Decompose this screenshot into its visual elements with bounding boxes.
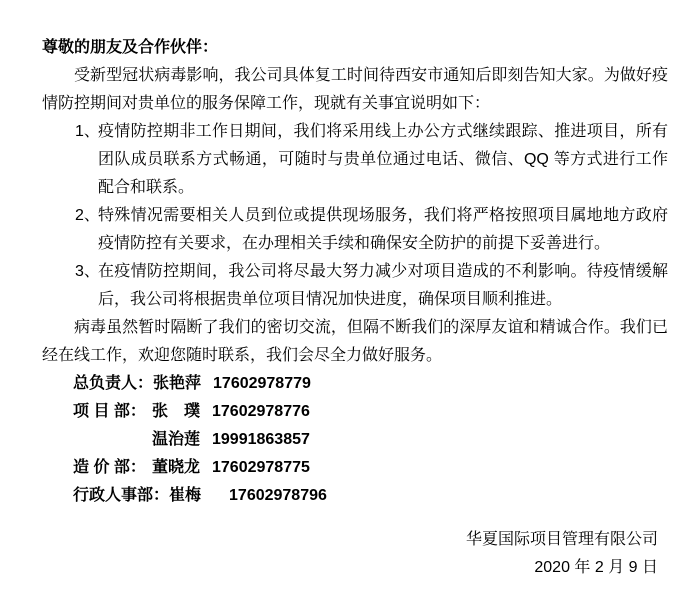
contact-dept: 总负责人： xyxy=(73,370,153,398)
contact-name: 温治莲 xyxy=(152,426,206,454)
closing-paragraph: 病毒虽然暂时隔断了我们的密切交流，但隔不断我们的深厚友谊和精诚合作。我们已经在线… xyxy=(42,314,668,370)
notice-document: 尊敬的朋友及合作伙伴： 受新型冠状病毒影响，我公司具体复工时间待西安市通知后即刻… xyxy=(0,0,696,609)
list-item-number: 3、 xyxy=(75,258,100,286)
notice-list: 1、 疫情防控期非工作日期间，我们将采用线上办公方式继续跟踪、推进项目，所有团队… xyxy=(42,118,668,314)
list-item-text: 特殊情况需要相关人员到位或提供现场服务，我们将严格按照项目属地地方政府疫情防控有… xyxy=(98,207,668,252)
company-name: 华夏国际项目管理有限公司 xyxy=(42,526,658,554)
list-item: 1、 疫情防控期非工作日期间，我们将采用线上办公方式继续跟踪、推进项目，所有团队… xyxy=(42,118,668,202)
signature-date: 2020 年 2 月 9 日 xyxy=(42,554,658,582)
contact-list: 总负责人： 张艳萍 17602978779 项 目 部： 张 璞 1760297… xyxy=(73,370,668,510)
intro-paragraph: 受新型冠状病毒影响，我公司具体复工时间待西安市通知后即刻告知大家。为做好疫情防控… xyxy=(42,62,668,118)
contact-row: 温治莲 19991863857 xyxy=(73,426,668,454)
contact-name: 张 璞 xyxy=(152,398,206,426)
contact-row: 行政人事部： 崔梅 17602978796 xyxy=(73,482,668,510)
contact-name: 张艳萍 xyxy=(153,370,207,398)
contact-name: 董晓龙 xyxy=(152,454,206,482)
contact-dept: 行政人事部： xyxy=(73,482,169,510)
contact-name: 崔梅 xyxy=(169,482,223,510)
signature-block: 华夏国际项目管理有限公司 2020 年 2 月 9 日 xyxy=(42,526,668,582)
list-item-text: 疫情防控期非工作日期间，我们将采用线上办公方式继续跟踪、推进项目，所有团队成员联… xyxy=(98,123,668,196)
list-item-number: 1、 xyxy=(75,118,100,146)
contact-phone: 17602978776 xyxy=(212,398,310,426)
list-item: 3、 在疫情防控期间，我公司将尽最大努力减少对项目造成的不利影响。待疫情缓解后，… xyxy=(42,258,668,314)
contact-phone: 17602978779 xyxy=(213,370,311,398)
contact-dept xyxy=(73,426,152,454)
contact-dept: 造 价 部： xyxy=(73,454,152,482)
contact-row: 项 目 部： 张 璞 17602978776 xyxy=(73,398,668,426)
salutation: 尊敬的朋友及合作伙伴： xyxy=(42,34,668,62)
list-item: 2、 特殊情况需要相关人员到位或提供现场服务，我们将严格按照项目属地地方政府疫情… xyxy=(42,202,668,258)
list-item-text: 在疫情防控期间，我公司将尽最大努力减少对项目造成的不利影响。待疫情缓解后，我公司… xyxy=(98,263,668,308)
contact-row: 造 价 部： 董晓龙 17602978775 xyxy=(73,454,668,482)
contact-phone: 17602978775 xyxy=(212,454,310,482)
contact-dept: 项 目 部： xyxy=(73,398,152,426)
contact-row: 总负责人： 张艳萍 17602978779 xyxy=(73,370,668,398)
list-item-number: 2、 xyxy=(75,202,100,230)
contact-phone: 17602978796 xyxy=(229,482,327,510)
contact-phone: 19991863857 xyxy=(212,426,310,454)
